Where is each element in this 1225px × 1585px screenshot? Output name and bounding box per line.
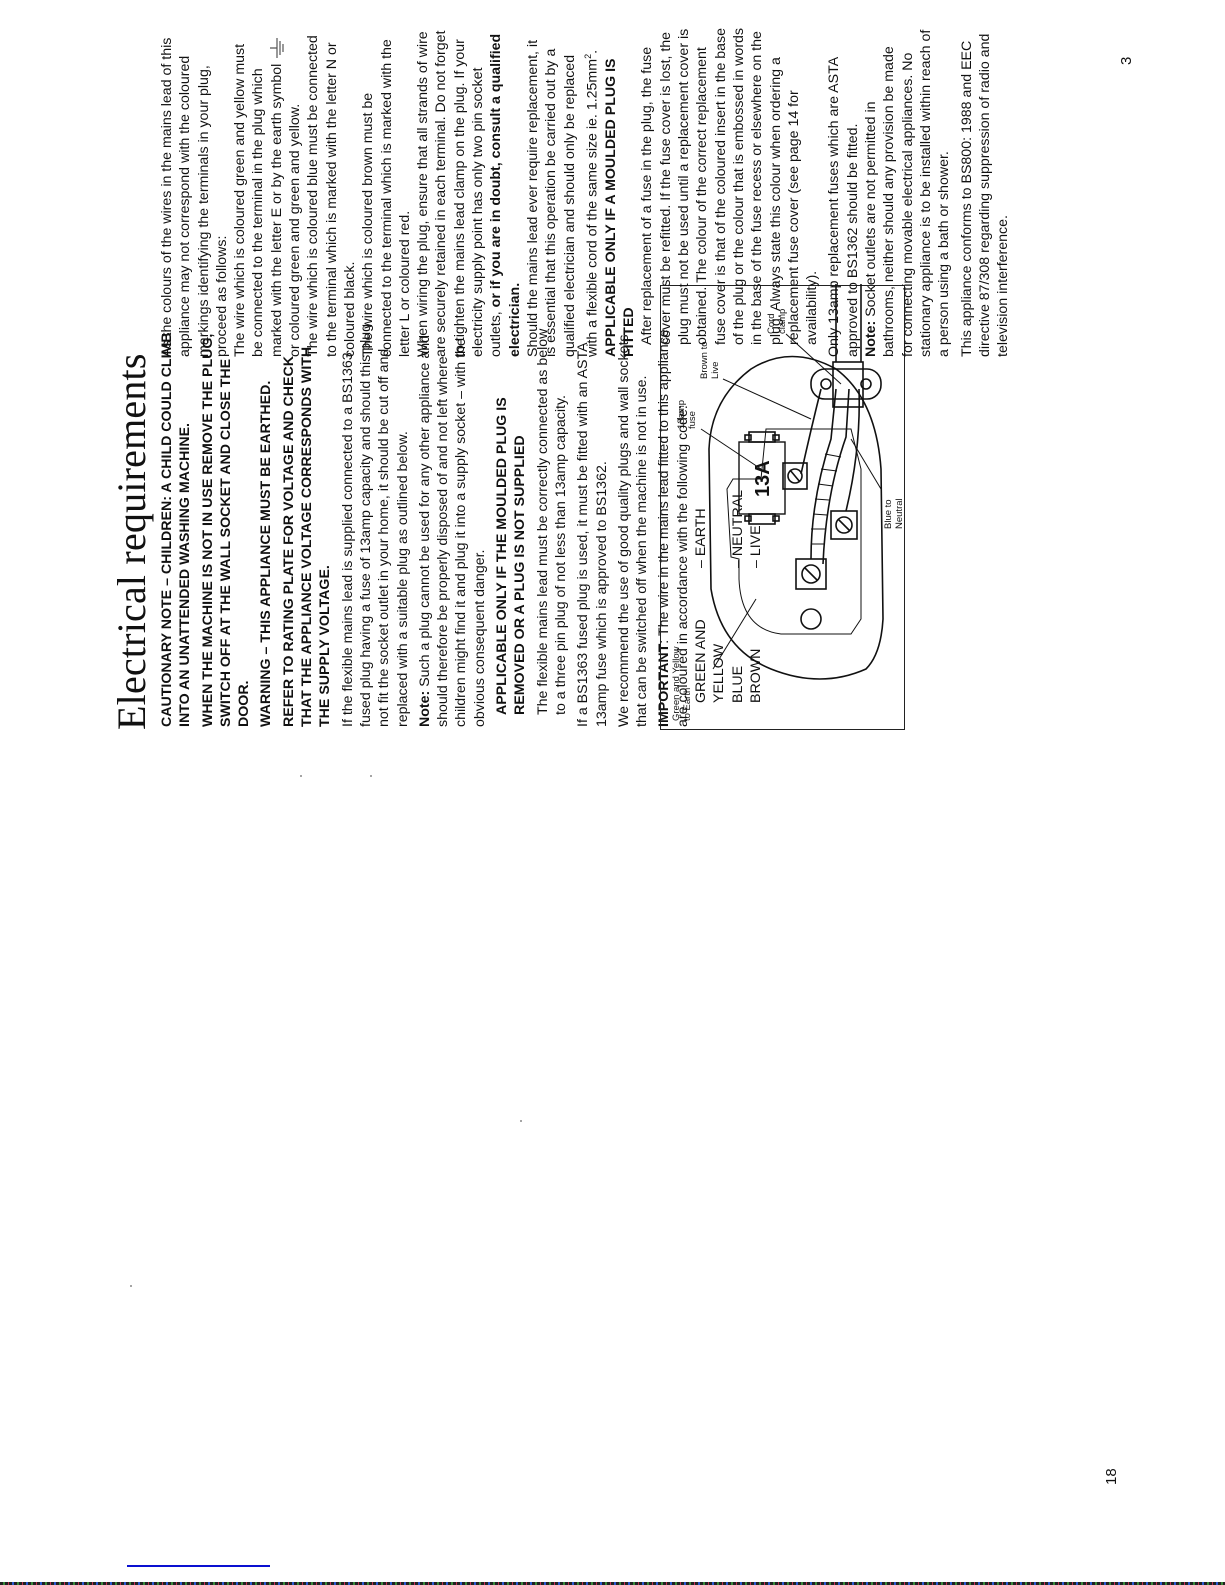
fuse-marking: 13A [752, 460, 774, 497]
right-column: As the colours of the wires in the mains… [158, 27, 1012, 357]
green-yellow-text-end: or coloured green and green and yellow. [287, 104, 303, 357]
intro-paragraph: As the colours of the wires in the mains… [158, 27, 231, 357]
note-text: Socket outlets are not permitted in bath… [863, 30, 952, 357]
note-label: Note: [417, 691, 433, 727]
page-number-right: 3 [1118, 57, 1135, 65]
blue-neutral-label: Blue to Neutral [883, 498, 905, 529]
scan-speck [370, 775, 372, 777]
scan-speck [130, 1285, 132, 1287]
applicable-fitted-heading: APPLICABLE ONLY IF A MOULDED PLUG IS FIT… [602, 27, 639, 357]
scan-speck [300, 775, 302, 777]
scan-speck [520, 1120, 522, 1122]
page-title: Electrical requirements [108, 353, 155, 730]
conformity-paragraph: This appliance conforms to BS800: 1988 a… [958, 27, 1013, 357]
replacement-paragraph: Should the mains lead ever require repla… [524, 27, 602, 357]
plug-disposal-note: Note: Such a plug cannot be used for any… [416, 322, 489, 727]
brown-wire-paragraph: The wire which is coloured brown must be… [359, 27, 414, 357]
replacement-end: . [585, 50, 601, 54]
blue-wire-paragraph: The wire which is coloured blue must be … [304, 27, 359, 357]
page-number-left: 18 [1103, 1468, 1120, 1485]
rating-plate-instruction: REFER TO RATING PLATE FOR VOLTAGE AND CH… [280, 322, 335, 727]
replacement-fuse-paragraph: Only 13amp replacement fuses which are A… [825, 27, 862, 357]
earth-symbol-icon [270, 36, 284, 60]
wiring-paragraph: When wiring the plug, ensure that all st… [414, 27, 524, 357]
green-yellow-wire-paragraph: The wire which is coloured green and yel… [231, 27, 304, 357]
correct-connection-paragraph: The flexible mains lead must be correctl… [534, 322, 571, 727]
replacement-superscript: 2 [583, 54, 593, 59]
green-yellow-earth-label: Green and Yellow to Earth [671, 647, 693, 721]
recommend-paragraph: We recommend the use of good quality plu… [615, 322, 652, 727]
blue-underline-link[interactable] [127, 1565, 270, 1567]
caution-note: CAUTIONARY NOTE – CHILDREN: A CHILD COUL… [158, 322, 195, 727]
applicable-moulded-heading: APPLICABLE ONLY IF THE MOULDED PLUG IS R… [493, 322, 530, 727]
fuse-cover-paragraph: After replacement of a fuse in the plug,… [638, 27, 821, 357]
bathroom-note: Note: Socket outlets are not permitted i… [862, 27, 953, 357]
bs1363-paragraph: If a BS1363 fused plug is used, it must … [574, 322, 611, 727]
note-label: Note: [863, 321, 879, 357]
fuse-label: 13amp fuse [676, 400, 698, 429]
note-text: Such a plug cannot be used for any other… [417, 335, 488, 727]
document-page: Electrical requirements CAUTIONARY NOTE … [0, 0, 1225, 1585]
not-in-use-instruction: WHEN THE MACHINE IS NOT IN USE REMOVE TH… [199, 322, 254, 727]
green-yellow-text: The wire which is coloured green and yel… [232, 44, 285, 357]
flexible-lead-paragraph: If the flexible mains lead is supplied c… [339, 322, 412, 727]
earthed-warning: WARNING – THIS APPLIANCE MUST BE EARTHED… [257, 322, 275, 727]
replacement-text: Should the mains lead ever require repla… [525, 40, 601, 357]
